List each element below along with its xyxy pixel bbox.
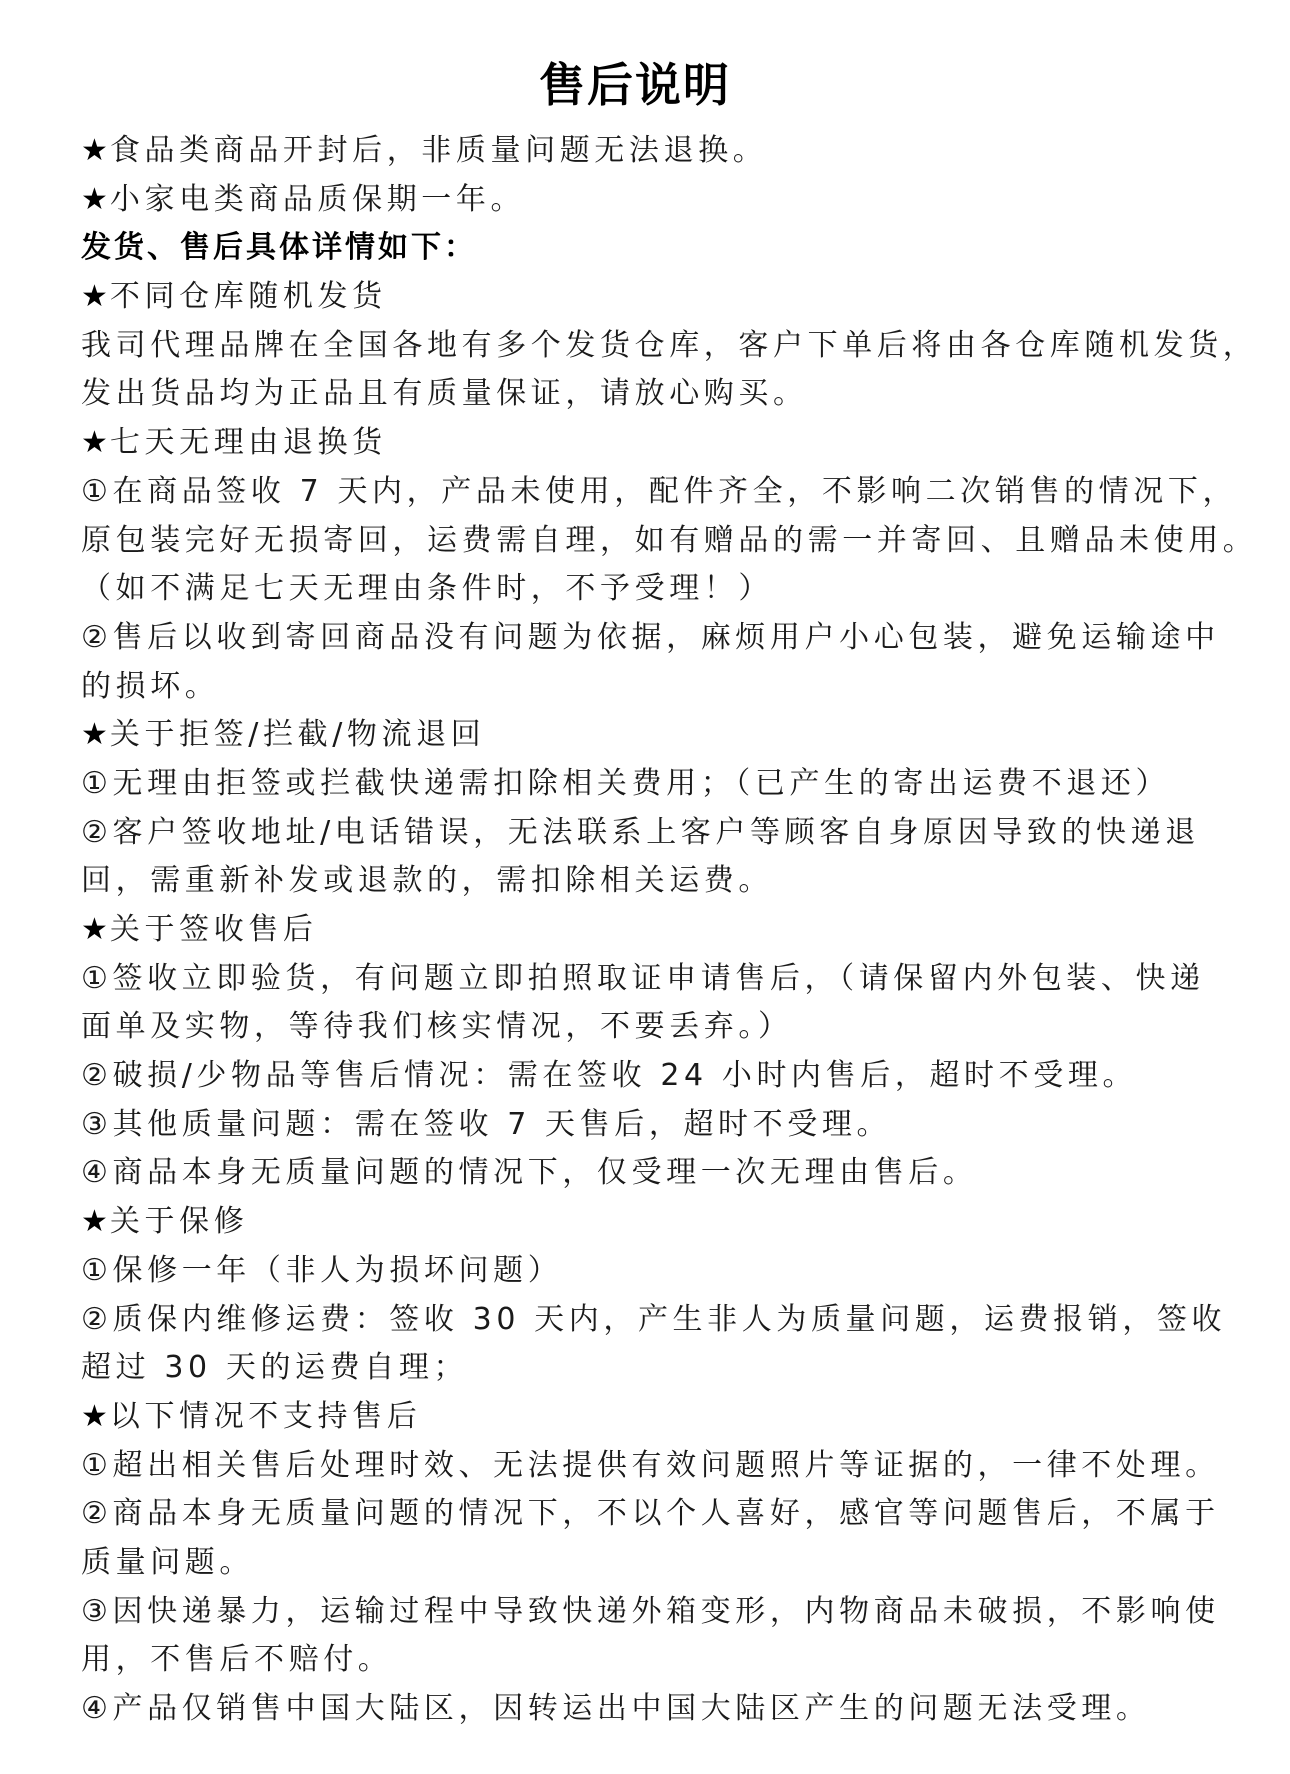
paragraph-line: ③因快递暴力，运输过程中导致快递外箱变形，内物商品未破损，不影响使: [81, 1588, 1261, 1637]
line-text: 关于保修: [110, 1204, 248, 1239]
star-heading: ★关于拒签/拦截/物流退回: [81, 711, 1261, 760]
paragraph-line: ①无理由拒签或拦截快递需扣除相关费用；（已产生的寄出运费不退还）: [81, 760, 1261, 809]
paragraph-line: ②售后以收到寄回商品没有问题为依据，麻烦用户小心包装，避免运输途中: [81, 614, 1261, 663]
line-text: 不同仓库随机发货: [110, 279, 387, 314]
paragraph-line: ①签收立即验货，有问题立即拍照取证申请售后，（请保留内外包装、快递: [81, 955, 1261, 1004]
star-heading: ★不同仓库随机发货: [81, 273, 1261, 322]
star-heading: ★以下情况不支持售后: [81, 1393, 1261, 1442]
paragraph-line: ④商品本身无质量问题的情况下，仅受理一次无理由售后。: [81, 1149, 1261, 1198]
paragraph-line: 质量问题。: [81, 1539, 1261, 1588]
star-heading: ★关于签收售后: [81, 906, 1261, 955]
line-text: 关于签收售后: [110, 912, 318, 947]
paragraph-line: 我司代理品牌在全国各地有多个发货仓库，客户下单后将由各仓库随机发货，: [81, 322, 1261, 371]
paragraph-line: ②破损/少物品等售后情况：需在签收 24 小时内售后，超时不受理。: [81, 1052, 1261, 1101]
paragraph-line: ③其他质量问题：需在签收 7 天售后，超时不受理。: [81, 1101, 1261, 1150]
paragraph-line: 回，需重新补发或退款的，需扣除相关运费。: [81, 857, 1261, 906]
paragraph-line: ②质保内维修运费：签收 30 天内，产生非人为质量问题，运费报销，签收: [81, 1296, 1261, 1345]
paragraph-line: ①在商品签收 7 天内，产品未使用，配件齐全，不影响二次销售的情况下，: [81, 468, 1261, 517]
star-bullet-icon: ★: [81, 912, 108, 947]
paragraph-line: （如不满足七天无理由条件时，不予受理！）: [81, 565, 1261, 614]
star-bullet-icon: ★: [81, 717, 108, 752]
paragraph-line: 的损坏。: [81, 663, 1261, 712]
star-heading: ★关于保修: [81, 1198, 1261, 1247]
line-text: 七天无理由退换货: [110, 425, 387, 460]
paragraph-line: ②商品本身无质量问题的情况下，不以个人喜好，感官等问题售后，不属于: [81, 1490, 1261, 1539]
page-title: 售后说明: [0, 56, 1270, 114]
star-bullet-icon: ★: [81, 182, 108, 217]
star-bullet-icon: ★: [81, 133, 108, 168]
paragraph-line: 发出货品均为正品且有质量保证，请放心购买。: [81, 370, 1261, 419]
star-bullet-icon: ★: [81, 1204, 108, 1239]
paragraph-line: ①保修一年（非人为损坏问题）: [81, 1247, 1261, 1296]
star-heading: ★七天无理由退换货: [81, 419, 1261, 468]
line-text: 关于拒签/拦截/物流退回: [110, 717, 485, 752]
star-bullet-icon: ★: [81, 425, 108, 460]
star-bullet-icon: ★: [81, 279, 108, 314]
paragraph-line: 面单及实物，等待我们核实情况，不要丢弃。）: [81, 1003, 1261, 1052]
paragraph-line: 原包装完好无损寄回，运费需自理，如有赠品的需一并寄回、且赠品未使用。: [81, 517, 1261, 566]
star-item: ★食品类商品开封后，非质量问题无法退换。: [81, 127, 1261, 176]
line-text: 小家电类商品质保期一年。: [110, 182, 525, 217]
paragraph-line: ②客户签收地址/电话错误，无法联系上客户等顾客自身原因导致的快递退: [81, 809, 1261, 858]
paragraph-line: ④产品仅销售中国大陆区，因转运出中国大陆区产生的问题无法受理。: [81, 1685, 1261, 1734]
section-heading: 发货、售后具体详情如下：: [81, 224, 1261, 273]
after-sales-document: 售后说明 ★食品类商品开封后，非质量问题无法退换。 ★小家电类商品质保期一年。 …: [0, 0, 1290, 1774]
paragraph-line: 超过 30 天的运费自理；: [81, 1344, 1261, 1393]
paragraph-line: 用，不售后不赔付。: [81, 1636, 1261, 1685]
paragraph-line: ①超出相关售后处理时效、无法提供有效问题照片等证据的，一律不处理。: [81, 1442, 1261, 1491]
document-body: ★食品类商品开封后，非质量问题无法退换。 ★小家电类商品质保期一年。 发货、售后…: [81, 127, 1261, 1734]
line-text: 食品类商品开封后，非质量问题无法退换。: [110, 133, 767, 168]
line-text: 以下情况不支持售后: [110, 1399, 421, 1434]
star-bullet-icon: ★: [81, 1399, 108, 1434]
star-item: ★小家电类商品质保期一年。: [81, 176, 1261, 225]
